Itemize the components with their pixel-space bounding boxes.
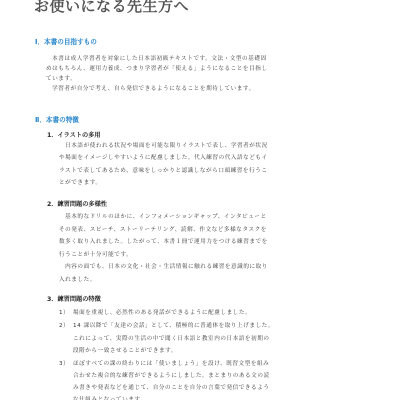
subsection-heading-exercise-variety: 2．練習問題の多様性 [47, 199, 107, 208]
paragraph-line: ラストで表してあるため、意味をしっかりと認識しながら口頭練習を行うこ [59, 166, 268, 174]
list-item-line: 段階から一致させることができます。 [73, 346, 177, 354]
paragraph-line: 日本語が使われる状況や場面を可能な限りイラストで表し、学習者が状況 [59, 141, 268, 149]
section-heading-features: Ⅱ．本書の特徴 [35, 114, 79, 124]
paragraph-line: 入れました。 [59, 275, 96, 283]
paragraph-line: 学習者が自分で考え、自ら発信できるようになることを期待しています。 [46, 84, 255, 92]
paragraph-line: その発表、スピーチ、ストーリーテリング、読解、作文など多様なタスクを [59, 225, 267, 233]
subsection-heading-exercise-features: 3．練習問題の特徴 [47, 294, 101, 303]
paragraph-line: 本書は成人学習者を対象にした日本語初級テキストです。文法・文型の基礎固 [46, 54, 267, 62]
page-title: お使いになる先生方へ [34, 0, 189, 16]
list-marker: 1） [59, 308, 69, 316]
paragraph-line: 数多く取り入れました。したがって、本書１冊で運用力をつける練習までを [59, 237, 268, 245]
list-item-line: な仕組みとなっています。 [73, 395, 146, 400]
paragraph-line: ています。 [46, 74, 76, 82]
section-heading-goals: Ⅰ．本書の目指すもの [35, 36, 97, 46]
paragraph-line: とができます。 [59, 178, 102, 186]
paragraph-line: や場面をイメージしやすいように配慮しました。代入練習の代入語などもイ [59, 153, 268, 161]
paragraph-line: 内容の面でも、日本の文化・社会・生活情報に触れる練習を意識的に取り [59, 262, 268, 270]
list-item-line: 14 課以降で「友達の会話」として、積極的に普通体を取り上げました。 [73, 321, 274, 329]
paragraph-line: 基本的なドリルのほかに、インフォメーションギャップ、インタビューと [59, 212, 267, 220]
list-item-line: 合わせた複合的な練習ができるようにしました。まとまりのある文の読 [73, 371, 270, 379]
paragraph-line: 行うことが十分可能です。 [59, 250, 132, 258]
list-item-line: み書きや発表などを通じて、自分のことを自分の言葉で発信できるよう [73, 383, 270, 391]
list-marker: 3） [59, 359, 69, 367]
list-item-line: 場面を重視し、必然性のある発話ができるように配慮しました。 [73, 308, 251, 316]
list-item-line: これによって、実際の生活の中で聞く日本語と教室内の日本語を初期の [73, 334, 270, 342]
list-marker: 2） [59, 321, 69, 329]
paragraph-line: めはもちろん、運用力養成、つまり学習者が「使える」ようになることを目指し [46, 64, 268, 72]
list-item-line: ほぼすべての課の終わりには「使いましょう」を設け、既習文型を組み [73, 359, 269, 367]
subsection-heading-illustrations: 1．イラストの多用 [47, 130, 101, 139]
